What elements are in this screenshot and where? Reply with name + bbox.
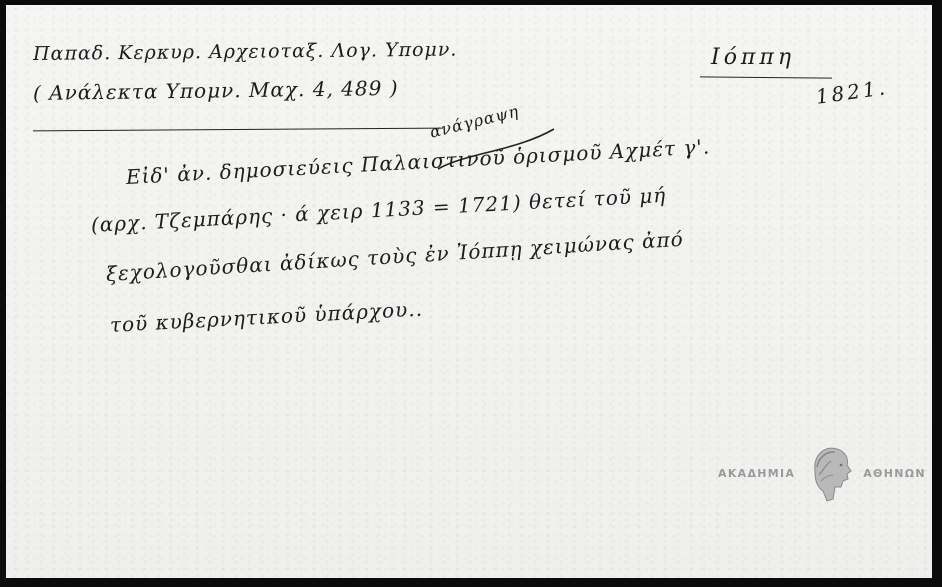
logo-text-right: ΑΘΗΝΩΝ (863, 467, 926, 480)
logo-text-left: ΑΚΑΔΗΜΙΑ (718, 467, 795, 480)
date-year: 1821. (814, 75, 889, 109)
index-card: Παπαδ. Κερκυρ. Αρχειοταξ. Λογ. Υπομν. ( … (6, 5, 932, 578)
reference-line: ( Ανάλεκτα Υπομν. Μαχ. 4, 489 ) (33, 76, 399, 105)
place-underline (700, 76, 832, 78)
place-heading: Ιόππη (711, 45, 795, 70)
body-line-3: ξεχολογοῦσθαι ἀδίκως τοὺς ἐν Ἰόππῃ χειμώ… (105, 227, 684, 286)
body-line-4: τοῦ κυβερνητικοῦ ὑπάρχου.. (109, 297, 423, 337)
body-line-2: (αρχ. Τζεμπάρης · ά χειρ 1133 = 1721) θε… (90, 183, 666, 237)
athena-head-icon (805, 441, 853, 505)
source-line: Παπαδ. Κερκυρ. Αρχειοταξ. Λογ. Υπομν. (33, 39, 458, 65)
academy-logo: ΑΚΑΔΗΜΙΑ ΑΘΗΝΩΝ (718, 441, 926, 505)
header-divider (33, 128, 443, 132)
body-line-1: Εἰδ' ἀν. δημοσιεύεις Παλαιστινοῦ ὁρισμοῦ… (125, 134, 710, 189)
